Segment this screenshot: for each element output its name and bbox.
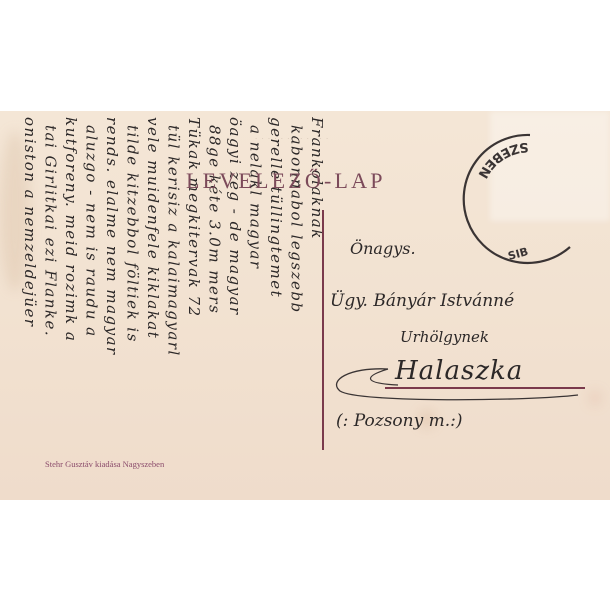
postmark-town: SZEBEN bbox=[474, 139, 529, 182]
address-divider-line bbox=[322, 210, 324, 450]
message-column: oniston a nemzeldejüer bbox=[21, 117, 39, 497]
address-town: Halaszka bbox=[395, 356, 523, 386]
age-stain bbox=[590, 391, 600, 405]
address-recipient-title: Urhölgynek bbox=[400, 328, 489, 346]
postmark-lower-text: SIB bbox=[507, 245, 530, 263]
message-column: rends. elalme nem magyar bbox=[103, 117, 121, 497]
publisher-imprint: Stehr Gusztáv kiadása Nagyszeben bbox=[45, 459, 164, 469]
postcard: · · · · · · · · · · · · Frankolaknakkabo… bbox=[0, 111, 610, 500]
message-column: aluzgo - nem is raudu a bbox=[83, 125, 101, 500]
address-county: (: Pozsony m.:) bbox=[336, 411, 463, 431]
message-column: kutforeny. meid rozimk a bbox=[62, 117, 80, 497]
postmark-icon: SZEBEN SIB bbox=[450, 129, 590, 269]
address-honorific: Önagys. bbox=[350, 239, 416, 258]
svg-text:SZEBEN: SZEBEN bbox=[474, 139, 529, 182]
address-recipient-name: Ügy. Bányár Istvánné bbox=[330, 291, 514, 311]
message-column: tai Girlitkai ezi Flanke. bbox=[42, 125, 60, 500]
address-town-underline bbox=[385, 387, 585, 389]
message-column: tül kerisiz a kalaimagyarl bbox=[165, 125, 183, 500]
message-column: tilde kitzebbol föltiek is bbox=[124, 125, 142, 500]
postcard-title: LEVELEZŐ-LAP bbox=[186, 168, 386, 194]
message-column: vele muidenfele kiklakat bbox=[144, 117, 162, 497]
